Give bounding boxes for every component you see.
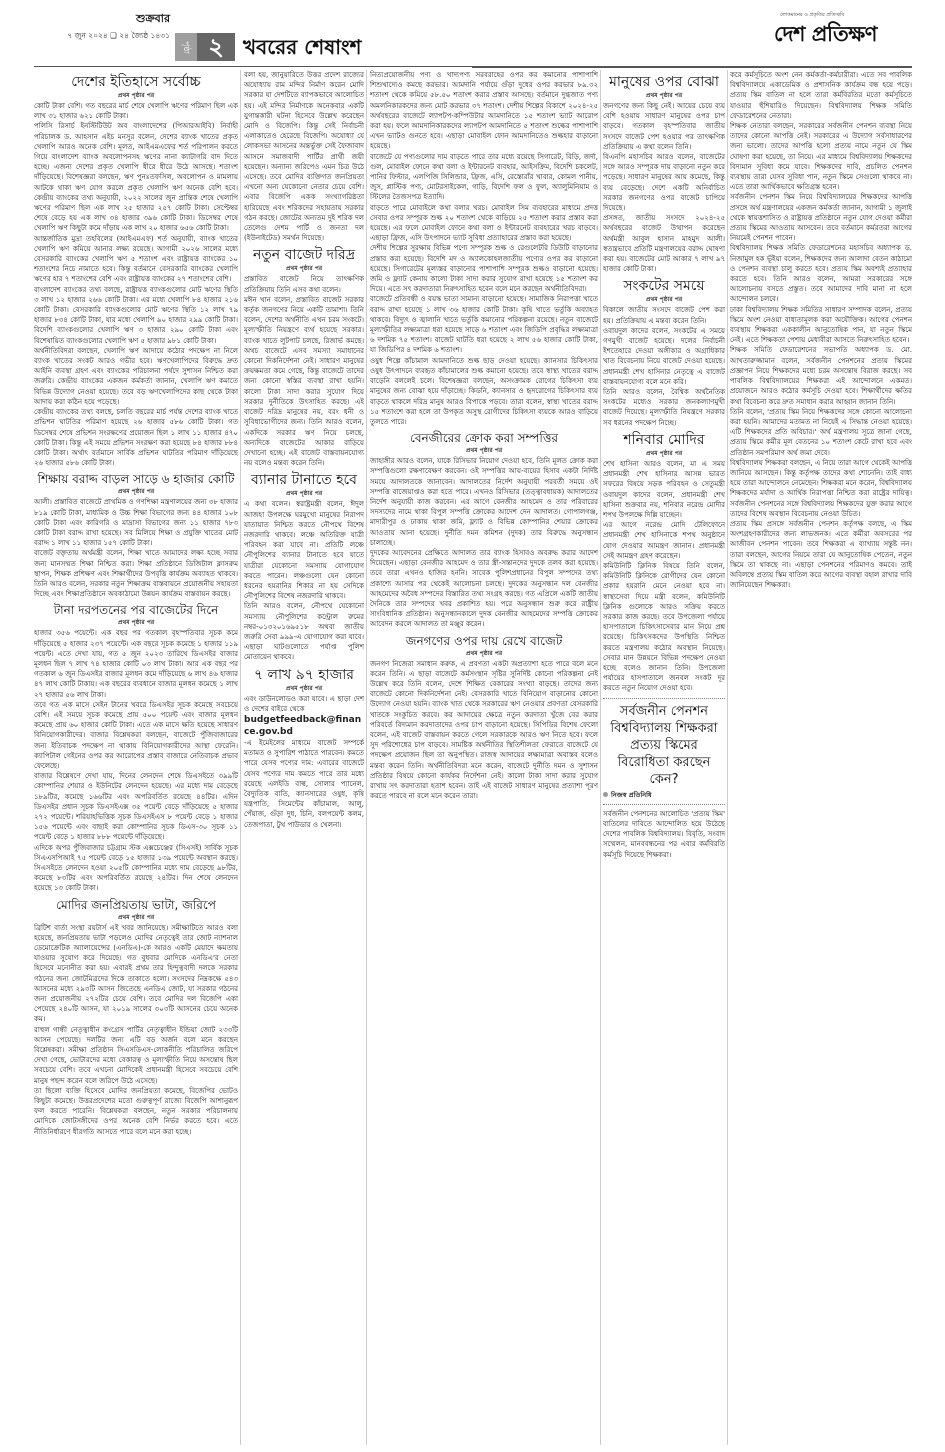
article-paragraph: বাজার বিশ্লেষণে দেখা যায়, দিনের লেনদেন … [34, 771, 238, 842]
byline-text: নিজস্ব প্রতিনিধি [611, 791, 652, 799]
article-paragraph: বাজেট বক্তৃতায় অর্থমন্ত্রী বলেন, শিক্ষা… [34, 548, 238, 599]
article-paragraph: অর্থনীতিবিদরা বলছেন, খেলাপি ঋণ আদায়ে কঠ… [34, 346, 238, 407]
newspaper-logo: দেশ প্রতিক্ষণ [774, 18, 877, 53]
column-2: বলা হয়, জানুয়ারিতে উত্তর প্রদেশ রাজ্যে… [244, 70, 364, 1450]
article-paragraph: বিএনপি মহাসচিব আরও বলেন, বাজেটের সঙ্গে আ… [603, 152, 725, 213]
article-paragraph: করে কর্মসূচিতে অংশ নেন কর্মকর্তা-কর্মচার… [730, 70, 912, 121]
article: টানা দরপতনের পর বাজেটের দিনেপ্রথম পৃষ্ঠা… [34, 602, 238, 893]
jump-label: প্রথম পৃষ্ঠার পর [34, 913, 238, 922]
article-paragraph: সর্বজনীন পেনশন স্কিম নিয়ে বিশ্ববিদ্যালয… [730, 192, 912, 243]
article: শিক্ষায় বরাদ্দ বাড়ল সাড়ে ৬ হাজার কোটি… [34, 471, 238, 599]
article-paragraph: তা ছিলো ব্যক্তি হিসেবে মোদির জনপ্রিয়তা … [34, 1086, 238, 1137]
article-headline[interactable]: শিক্ষায় বরাদ্দ বাড়ল সাড়ে ৬ হাজার কোটি [34, 471, 238, 487]
article-headline[interactable]: সংকটের সময়ে [603, 277, 725, 295]
article-headline[interactable]: শনিবার মোদির [603, 431, 725, 449]
jump-label: প্রথম পৃষ্ঠার পর [603, 449, 725, 458]
email-link[interactable]: budgetfeedback@finance.gov.bd [244, 714, 364, 738]
column-5: করে কর্মসূচিতে অংশ নেন কর্মকর্তা-কর্মচার… [730, 70, 912, 1450]
article-paragraph: এদিকে অপর পুঁজিবাজার চট্টগ্রাম স্টক এক্স… [34, 843, 238, 894]
page-number: ২ [197, 33, 235, 61]
article-paragraph: দেশীয় শিল্পের সুরক্ষায় বিভিন্ন পণ্যে স… [370, 243, 598, 294]
column-3: নিত্যপ্রয়োজনীয় পণ্য ও খাদ্যপণ্য সরবরাহ… [370, 70, 598, 1450]
article-paragraph: আলী। প্রস্তাবিত বাজেটে প্রাথমিক ও গণশিক্… [34, 497, 238, 548]
jump-label: প্রথম পৃষ্ঠার পর [244, 684, 364, 693]
jump-label: প্রথম পৃষ্ঠার পর [34, 618, 238, 627]
article-paragraph: বলা হয়, জানুয়ারিতে উত্তর প্রদেশ রাজ্যে… [244, 70, 364, 243]
article-paragraph: তিনি আরও বলেন, নৌপথে যেকোনো সমস্যায় নৌপ… [244, 601, 364, 662]
section-title: খবরের শেষাংশ [243, 33, 362, 66]
jump-label: প্রথম পৃষ্ঠার পর [603, 295, 725, 304]
article: নতুন বাজেট দরিদ্রপ্রথম পৃষ্ঠার পরপ্রস্তা… [244, 246, 364, 468]
page-label: পৃষ্ঠা [175, 33, 197, 61]
article: বলা হয়, জানুয়ারিতে উত্তর প্রদেশ রাজ্যে… [244, 70, 364, 243]
article: করে কর্মসূচিতে অংশ নেন কর্মকর্তা-কর্মচার… [730, 70, 912, 590]
article-paragraph: রাহুল গান্ধী নেতৃত্বাধীন কংগ্রেস পার্টির… [34, 1025, 238, 1086]
article-paragraph: শিক্ষক নেতারা বলছেন, সরকারের সর্বজনীন পে… [730, 121, 912, 192]
article-paragraph: এবং ডাউনলোডও করা যাবে। এ ছাড়া দেশ ও দেশ… [244, 694, 364, 714]
article-paragraph: বাড়তে পারে মোবাইলে কথা বলার খরচ। মোবাইল… [370, 203, 598, 244]
article: ব্যানার টানাতে হবেপ্রথম পৃষ্ঠার পরএ কথা … [244, 471, 364, 662]
column-1: দেশের ইতিহাসে সর্বোচ্চপ্রথম পৃষ্ঠার পরকো… [34, 70, 238, 1450]
article-paragraph: বিকালে জাতীয় সংসদে বাজেট পেশ করা হয়। প… [603, 305, 725, 325]
article: মানুষের ওপর বোঝাপ্রথম পৃষ্ঠার পরজনগণের জ… [603, 73, 725, 274]
article-paragraph: প্রস্তাবিত বাজেট নিয়ে তাৎক্ষণিক প্রতিক্… [244, 274, 364, 294]
article-paragraph: শেখ হাসিনা আরও বলেন, মা এ সময় প্রধানমন্… [603, 459, 725, 520]
article-paragraph: তিনি আরও বলেন, বৈশ্বিক অর্থনৈতিক সংকটের … [603, 387, 725, 428]
article-paragraph: তিনি বলেন, 'প্রত্যয় স্কিম নিয়ে শিক্ষকদ… [730, 407, 912, 458]
masthead-date: ৭ জুন ২০২৪ ❑ ২৪ জ্যৈষ্ঠ ১৪৩১ [55, 31, 170, 43]
header-divider-right [472, 66, 912, 68]
article-paragraph: শিক্ষক সমিতি ফেডারেশনের সভাপতি অধ্যাপক ড… [730, 345, 912, 406]
feature-headline[interactable]: সর্বজনীন পেনশন বিশ্ববিদ্যালয় শিক্ষকরা প… [603, 703, 725, 788]
article: জনগণের ওপর দায় রেখে বাজেটপ্রথম পৃষ্ঠার … [370, 633, 598, 802]
article-paragraph: প্রত্যয় স্কিম প্রসঙ্গে সর্বজনীন পেনশন ক… [730, 519, 912, 590]
article: বেনজীরের ক্রোক করা সম্পত্তিরপ্রথম পৃষ্ঠা… [370, 430, 598, 629]
article: শনিবার মোদিরপ্রথম পৃষ্ঠার পরশেখ হাসিনা আ… [603, 431, 725, 694]
jump-label: প্রথম পৃষ্ঠার পর [603, 91, 725, 100]
article-paragraph: ওবায়দুল কাদের বলেন, সংকটের এ সময়ে গণমু… [603, 326, 725, 387]
article-paragraph: নিত্যপ্রয়োজনীয় পণ্য ও খাদ্যপণ্য সরবরাহ… [370, 70, 598, 152]
article-paragraph: তবে গত এক মাসে সেইন টানের খবরে ডিএসইর সূ… [34, 700, 238, 771]
article-headline[interactable]: মানুষের ওপর বোঝা [603, 73, 725, 91]
column-divider [600, 70, 601, 1445]
article-paragraph: এ কথা বলেন। স্বরাষ্ট্রমন্ত্রী বলেন, ঈদুল… [244, 499, 364, 601]
jump-label: প্রথম পৃষ্ঠার পর [370, 649, 598, 658]
masthead-day: শুক্রবার [130, 10, 170, 29]
jump-label: প্রথম পৃষ্ঠার পর [370, 446, 598, 455]
article-paragraph: সর্বজনীন পেনশনের আলোচিত 'প্রত্যয় স্কিম'… [603, 809, 725, 860]
feature-article-header: সর্বজনীন পেনশন বিশ্ববিদ্যালয় শিক্ষকরা প… [603, 698, 725, 805]
article-headline[interactable]: দেশের ইতিহাসে সর্বোচ্চ [34, 73, 238, 91]
article-paragraph: কমিউনিটি ক্লিনিক বিষয়ে তিনি বলেন, কমিউন… [603, 561, 725, 694]
article-paragraph: জনগণ নিজেরা সমাধান করুক, এ প্রবণতা একটা … [370, 659, 598, 802]
article-paragraph: জাহাঙ্গীর আরও বলেন, যাকে রিসিভার নিয়োগ … [370, 456, 598, 548]
article-headline[interactable]: টানা দরপতনের পর বাজেটের দিনে [34, 602, 238, 618]
article-paragraph: বাংলাদেশ ব্যাংকের তথ্য বলছে, রাষ্ট্রায়ত… [34, 285, 238, 346]
article-paragraph: বাজেটে যে পণ্যগুলোর দাম বাড়তে পারে তার … [370, 152, 598, 203]
article-paragraph: বাজেটে প্রতিবন্ধী ও বয়স্ক ভাতা সামান্য … [370, 294, 598, 355]
jump-label: প্রথম পৃষ্ঠার পর [34, 91, 238, 100]
article-paragraph: হাজার ৩৫৬ পয়েন্টে। এক বছর পর গতকাল বৃহস… [34, 628, 238, 699]
bullet-icon [603, 792, 608, 797]
article-paragraph: কোটি টাকা বেশি। গত বছরের মার্চ শেষে খেলা… [34, 101, 238, 121]
column-divider [727, 70, 728, 1445]
article-paragraph: আন্তর্জাতিক মুদ্রা তহবিলের (আইএমএফ) শর্ত… [34, 234, 238, 285]
article-paragraph: জনগণের জন্য কিছু নেই। আয়ের চেয়ে ব্যয় … [603, 101, 725, 152]
article-paragraph: ঢাকা বিশ্ববিদ্যালয় শিক্ষক সমিতির সাধারণ… [730, 305, 912, 346]
column-divider [366, 70, 367, 1445]
article-headline[interactable]: জনগণের ওপর দায় রেখে বাজেট [370, 633, 598, 649]
article-paragraph: ব্রিটিশ বার্তা সংস্থা রয়টার্স এই খবর জা… [34, 923, 238, 1025]
article-paragraph: মঈন খান বলেন, প্রস্তাবিত বাজেট সরকার কর্… [244, 295, 364, 468]
article: সংকটের সময়েপ্রথম পৃষ্ঠার পরবিকালে জাতীয… [603, 277, 725, 427]
column-divider [240, 70, 241, 1445]
article-headline[interactable]: মোদির জনপ্রিয়তায় ভাটা, জরিপে [34, 897, 238, 913]
column-4: মানুষের ওপর বোঝাপ্রথম পৃষ্ঠার পরজনগণের জ… [603, 70, 725, 1450]
article: দেশের ইতিহাসে সর্বোচ্চপ্রথম পৃষ্ঠার পরকো… [34, 73, 238, 468]
jump-label: প্রথম পৃষ্ঠার পর [244, 489, 364, 498]
article: মোদির জনপ্রিয়তায় ভাটা, জরিপেপ্রথম পৃষ্… [34, 897, 238, 1137]
article: ৭ লাখ ৯৭ হাজারপ্রথম পৃষ্ঠার পরএবং ডাউনলো… [244, 666, 364, 830]
article-headline[interactable]: ব্যানার টানাতে হবে [244, 471, 364, 489]
article-headline[interactable]: ৭ লাখ ৯৭ হাজার [244, 666, 364, 684]
masthead: শুক্রবার ৭ জুন ২০২৪ ❑ ২৪ জ্যৈষ্ঠ ১৪৩১ পৃ… [0, 0, 945, 50]
article-paragraph: বিশ্ববিদ্যালয় শিক্ষক সমিতি ফেডারেশনের ম… [730, 243, 912, 304]
article: সর্বজনীন পেনশন বিশ্ববিদ্যালয় শিক্ষকরা প… [603, 698, 725, 860]
article-paragraph: কেন্দ্রীয় ব্যাংকের তথ্য বলছে, চলতি বছরে… [34, 407, 238, 468]
article-paragraph: পলিসি রিসার্চ ইনস্টিটিউট অব বাংলাদেশের (… [34, 121, 238, 233]
jump-label: প্রথম পৃষ্ঠার পর [244, 264, 364, 273]
article-paragraph: এর আগে নরেন্দ্র মোদি টেলিফোনে প্রধানমন্ত… [603, 520, 725, 561]
article-paragraph: দুদকের আবেদনের প্রেক্ষিতে আদালত তার ব্যা… [370, 548, 598, 630]
article-paragraph: ওষুধ শিল্পে কাঁচামাল আমদানিতে শুল্ক ছাড়… [370, 356, 598, 427]
article-paragraph: -এ ইমেইলের মাধ্যমে বাজেট সম্পর্কে মতামত … [244, 738, 364, 830]
byline: নিজস্ব প্রতিনিধি [603, 790, 725, 800]
article-headline[interactable]: বেনজীরের ক্রোক করা সম্পত্তির [370, 430, 598, 446]
article-paragraph: প্রসঙ্গত, জাতীয় সংসদে ২০২৪-২৫ অর্থবছরের… [603, 213, 725, 274]
jump-label: প্রথম পৃষ্ঠার পর [34, 487, 238, 496]
article-headline[interactable]: নতুন বাজেট দরিদ্র [244, 246, 364, 264]
article-paragraph: বিশ্ববিদ্যালয় শিক্ষকরা বলছেন, এ নিয়ে ত… [730, 458, 912, 519]
article: নিত্যপ্রয়োজনীয় পণ্য ও খাদ্যপণ্য সরবরাহ… [370, 70, 598, 427]
